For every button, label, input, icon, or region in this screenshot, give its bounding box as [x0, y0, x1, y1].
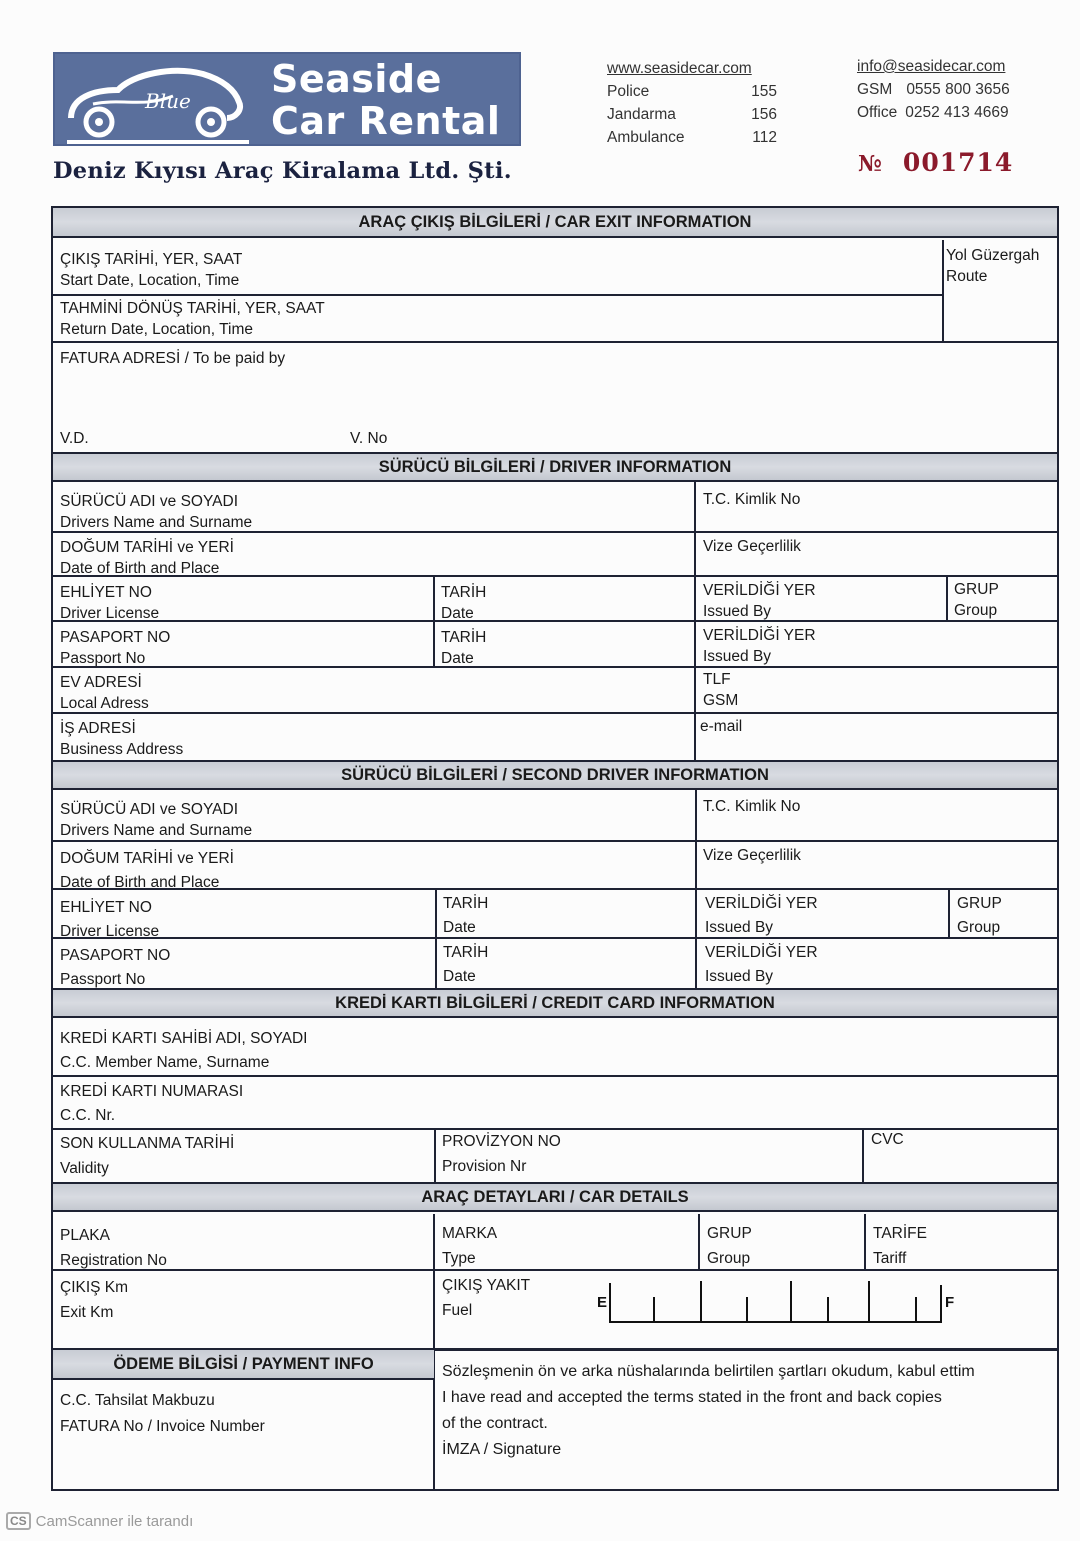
- emergency-number: 112: [752, 126, 777, 149]
- field-label-tr: KREDİ KARTI NUMARASI: [60, 1080, 243, 1104]
- field-label-tr: TARİH: [443, 941, 488, 965]
- driver-home-address-field[interactable]: EV ADRESİ Local Adress: [53, 669, 149, 714]
- car-icon: Blue: [63, 60, 253, 144]
- field-label-en: Tariff: [873, 1246, 927, 1271]
- second-driver-license-issued-field[interactable]: VERİLDİĞİ YER Issued By: [698, 889, 818, 940]
- section-header-second-driver: SÜRÜCÜ BİLGİLERİ / SECOND DRIVER INFORMA…: [53, 760, 1057, 790]
- fuel-tick: [700, 1281, 702, 1323]
- fuel-empty-label: E: [597, 1294, 607, 1311]
- cc-validity-field[interactable]: SON KULLANMA TARİHİ Validity: [53, 1128, 234, 1181]
- car-group-field[interactable]: GRUP Group: [700, 1218, 752, 1271]
- driver-passport-issued-field[interactable]: VERİLDİĞİ YER Issued By: [696, 622, 816, 667]
- field-label-tr: İŞ ADRESİ: [60, 718, 183, 739]
- driver-passport-date-field[interactable]: TARİH Date: [434, 624, 486, 669]
- watermark-text: CamScanner ile tarandı: [36, 1513, 194, 1530]
- emergency-row: Police155: [607, 80, 777, 103]
- phone-label: GSM: [857, 81, 892, 98]
- divider: [53, 575, 1057, 577]
- second-driver-passport-date-field[interactable]: TARİH Date: [436, 938, 488, 989]
- second-driver-tc-field[interactable]: T.C. Kimlik No: [696, 793, 800, 817]
- logo-title: Seaside Car Rental: [271, 58, 500, 142]
- fuel-full-label: F: [945, 1294, 954, 1311]
- camscanner-icon: CS: [6, 1512, 31, 1530]
- field-label: V. No: [350, 428, 387, 449]
- field-label-tr: GRUP: [954, 579, 999, 600]
- divider: [434, 1128, 436, 1182]
- field-label-tr: EHLİYET NO: [60, 896, 159, 920]
- fuel-tick: [653, 1297, 655, 1323]
- field-label: Vize Geçerlilik: [703, 845, 801, 866]
- driver-visa-field[interactable]: Vize Geçerlilik: [696, 533, 801, 557]
- driver-group-field[interactable]: GRUP Group: [947, 576, 999, 621]
- emergency-label: Ambulance: [607, 126, 685, 149]
- fuel-tick: [790, 1281, 792, 1323]
- second-driver-name-field[interactable]: SÜRÜCÜ ADI ve SOYADI Drivers Name and Su…: [53, 796, 252, 841]
- cc-cvc-field[interactable]: CVC: [864, 1126, 904, 1150]
- field-label-tr: TARİH: [443, 892, 488, 916]
- field-label: Vize Geçerlilik: [703, 536, 801, 557]
- field-label-tr: VERİLDİĞİ YER: [703, 580, 816, 601]
- brand-field[interactable]: MARKA Type: [435, 1218, 497, 1271]
- field-label-tr: TARİH: [441, 582, 486, 603]
- company-logo: Blue Seaside Car Rental: [53, 52, 521, 146]
- fuel-tick: [940, 1285, 942, 1323]
- field-label-tr: GRUP: [957, 892, 1002, 916]
- field-label-tr: DOĞUM TARİHİ ve YERİ: [60, 847, 234, 871]
- second-driver-group-field[interactable]: GRUP Group: [950, 889, 1002, 940]
- divider: [435, 888, 437, 988]
- field-label-tr: EV ADRESİ: [60, 672, 149, 693]
- field-label-tr: MARKA: [442, 1221, 497, 1246]
- field-label-tr: PROVİZYON NO: [442, 1129, 561, 1154]
- plate-field[interactable]: PLAKA Registration No: [53, 1220, 167, 1273]
- field-label-tr: TAHMİNİ DÖNÜŞ TARİHİ, YER, SAAT: [60, 298, 943, 319]
- emergency-number: 156: [751, 103, 777, 126]
- svg-text:Blue: Blue: [144, 89, 191, 113]
- driver-tc-field[interactable]: T.C. Kimlik No: [696, 486, 800, 510]
- return-date-field[interactable]: TAHMİNİ DÖNÜŞ TARİHİ, YER, SAAT Return D…: [53, 295, 943, 340]
- start-date-field[interactable]: ÇIKIŞ TARİHİ, YER, SAAT Start Date, Loca…: [53, 246, 943, 291]
- field-label-en: Start Date, Location, Time: [60, 270, 943, 291]
- field-label-en: C.C. Nr.: [60, 1104, 243, 1128]
- second-driver-passport-issued-field[interactable]: VERİLDİĞİ YER Issued By: [698, 938, 818, 989]
- cc-provision-field[interactable]: PROVİZYON NO Provision Nr: [435, 1126, 561, 1179]
- divider: [53, 341, 1057, 343]
- field-label-tr: EHLİYET NO: [60, 582, 159, 603]
- field-label-en: C.C. Member Name, Surname: [60, 1051, 308, 1075]
- field-label-tr: VERİLDİĞİ YER: [705, 892, 818, 916]
- field-label-tr: SÜRÜCÜ ADI ve SOYADI: [60, 491, 252, 512]
- field-label: FATURA ADRESİ / To be paid by: [60, 348, 1053, 369]
- second-driver-passport-field[interactable]: PASAPORT NO Passport No: [53, 941, 170, 992]
- payment-info-field[interactable]: C.C. Tahsilat Makbuzu FATURA No / Invoic…: [53, 1385, 265, 1440]
- field-label-tr: KREDİ KARTI SAHİBİ ADI, SOYADI: [60, 1027, 308, 1051]
- website-link[interactable]: www.seasidecar.com: [607, 57, 777, 80]
- tax-number-field[interactable]: V. No: [343, 425, 387, 449]
- field-label-en: GSM: [703, 690, 738, 711]
- camscanner-watermark: CS CamScanner ile tarandı: [6, 1512, 193, 1530]
- driver-license-issued-field[interactable]: VERİLDİĞİ YER Issued By: [696, 577, 816, 622]
- serial-prefix: №: [858, 151, 883, 177]
- rental-form: ARAÇ ÇIKIŞ BİLGİLERİ / CAR EXIT INFORMAT…: [51, 206, 1059, 1491]
- terms-text-en: of the contract.: [442, 1411, 975, 1437]
- tariff-field[interactable]: TARİFE Tariff: [866, 1218, 927, 1271]
- field-label-en: Issued By: [703, 646, 816, 667]
- fuel-gauge-baseline: [609, 1321, 941, 1323]
- divider: [862, 1128, 864, 1182]
- phone-number: 0252 413 4669: [905, 104, 1008, 121]
- field-label-tr: PASAPORT NO: [60, 944, 170, 968]
- field-label-tr: ÇIKIŞ YAKIT: [442, 1273, 530, 1298]
- driver-birth-field[interactable]: DOĞUM TARİHİ ve YERİ Date of Birth and P…: [53, 534, 234, 579]
- serial-number: №001714: [858, 148, 1013, 177]
- field-label-en: Group: [954, 600, 999, 621]
- terms-text-tr: Sözleşmenin ön ve arka nüshalarında beli…: [442, 1359, 975, 1385]
- second-driver-license-date-field[interactable]: TARİH Date: [436, 889, 488, 940]
- emergency-label: Police: [607, 80, 649, 103]
- phone-row: GSM0555 800 3656: [857, 78, 1010, 101]
- divider: [53, 712, 1057, 714]
- section-header-car-details: ARAÇ DETAYLARI / CAR DETAILS: [53, 1182, 1057, 1212]
- divider: [53, 620, 1057, 622]
- divider: [698, 1214, 700, 1270]
- tax-office-field[interactable]: V.D.: [53, 425, 89, 449]
- field-label: T.C. Kimlik No: [703, 489, 800, 510]
- driver-email-field[interactable]: e-mail: [693, 713, 742, 737]
- divider: [53, 840, 1057, 842]
- field-label-tr: SON KULLANMA TARİHİ: [60, 1131, 234, 1156]
- signature-field[interactable]: İMZA / Signature: [442, 1437, 975, 1463]
- section-header-driver: SÜRÜCÜ BİLGİLERİ / DRIVER INFORMATION: [53, 452, 1057, 482]
- field-label-tr: ÇIKIŞ Km: [60, 1275, 128, 1300]
- field-label-en: Local Adress: [60, 693, 149, 714]
- field-label-en: Issued By: [703, 601, 816, 622]
- field-label-tr: ÇIKIŞ TARİHİ, YER, SAAT: [60, 249, 943, 270]
- terms-acceptance: Sözleşmenin ön ve arka nüshalarında beli…: [435, 1356, 975, 1463]
- section-header-payment: ÖDEME BİLGİSİ / PAYMENT INFO: [53, 1350, 434, 1380]
- fuel-tick: [746, 1297, 748, 1323]
- field-label-tr: Yol Güzergah: [946, 245, 1058, 266]
- driver-work-address-field[interactable]: İŞ ADRESİ Business Address: [53, 715, 183, 760]
- field-label-tr: PLAKA: [60, 1223, 167, 1248]
- field-label-tr: VERİLDİĞİ YER: [703, 625, 816, 646]
- field-label-en: Provision Nr: [442, 1154, 561, 1179]
- field-label-tr: TARİH: [441, 627, 486, 648]
- phone-label: Office: [857, 104, 897, 121]
- fuel-gauge[interactable]: E F: [597, 1278, 957, 1324]
- field-label-en: Date of Birth and Place: [60, 871, 234, 895]
- email-link[interactable]: info@seasidecar.com: [857, 55, 1010, 78]
- logo-line-2: Car Rental: [271, 100, 500, 142]
- emergency-row: Jandarma156: [607, 103, 777, 126]
- emergency-number: 155: [751, 80, 777, 103]
- fuel-tick: [609, 1283, 611, 1323]
- field-label-en: Route: [946, 266, 1058, 287]
- fuel-tick: [827, 1297, 829, 1323]
- rental-form-page: Blue Seaside Car Rental Deniz Kıyısı Ara…: [0, 0, 1080, 1541]
- second-driver-visa-field[interactable]: Vize Geçerlilik: [696, 842, 801, 866]
- cc-number-field[interactable]: KREDİ KARTI NUMARASI C.C. Nr.: [53, 1077, 243, 1128]
- section-header-car-exit: ARAÇ ÇIKIŞ BİLGİLERİ / CAR EXIT INFORMAT…: [53, 208, 1057, 238]
- field-label-en: Return Date, Location, Time: [60, 319, 943, 340]
- field-label-tr: GRUP: [707, 1221, 752, 1246]
- field-label-tr: SÜRÜCÜ ADI ve SOYADI: [60, 799, 252, 820]
- field-label-en: Drivers Name and Surname: [60, 512, 252, 533]
- phone-number: 0555 800 3656: [906, 81, 1009, 98]
- divider: [948, 888, 950, 938]
- billing-address-field[interactable]: FATURA ADRESİ / To be paid by: [53, 345, 1053, 369]
- field-label-tr: DOĞUM TARİHİ ve YERİ: [60, 537, 234, 558]
- field-label-tr: TARİFE: [873, 1221, 927, 1246]
- driver-phone-field[interactable]: TLF GSM: [696, 666, 738, 711]
- field-label: CVC: [871, 1129, 904, 1150]
- phone-row: Office0252 413 4669: [857, 101, 1010, 124]
- field-label-tr: VERİLDİĞİ YER: [705, 941, 818, 965]
- driver-license-field[interactable]: EHLİYET NO Driver License: [53, 579, 159, 624]
- company-name: Deniz Kıyısı Araç Kiralama Ltd. Şti.: [53, 158, 512, 184]
- emergency-row: Ambulance112: [607, 126, 777, 149]
- divider: [53, 1269, 1057, 1271]
- fuel-tick: [915, 1297, 917, 1323]
- driver-name-field[interactable]: SÜRÜCÜ ADI ve SOYADI Drivers Name and Su…: [53, 488, 252, 533]
- divider: [53, 937, 1057, 939]
- field-label-en: Group: [707, 1246, 752, 1271]
- logo-line-1: Seaside: [271, 58, 500, 100]
- divider: [433, 575, 435, 667]
- divider: [695, 790, 697, 988]
- fuel-field[interactable]: ÇIKIŞ YAKIT Fuel: [435, 1270, 530, 1323]
- receipt-label: C.C. Tahsilat Makbuzu: [60, 1388, 265, 1414]
- field-label-tr: TLF: [703, 669, 738, 690]
- divider: [53, 531, 1057, 533]
- cc-holder-field[interactable]: KREDİ KARTI SAHİBİ ADI, SOYADI C.C. Memb…: [53, 1024, 308, 1075]
- serial-value: 001714: [903, 148, 1013, 177]
- terms-text-en: I have read and accepted the terms state…: [442, 1385, 975, 1411]
- field-label: T.C. Kimlik No: [703, 796, 800, 817]
- field-label-en: Business Address: [60, 739, 183, 760]
- divider: [53, 666, 1057, 668]
- field-label-tr: PASAPORT NO: [60, 627, 170, 648]
- divider: [694, 482, 696, 760]
- exit-km-field[interactable]: ÇIKIŞ Km Exit Km: [53, 1272, 128, 1325]
- divider: [946, 575, 948, 621]
- field-label-en: Validity: [60, 1156, 234, 1181]
- company-contacts: info@seasidecar.com GSM0555 800 3656 Off…: [857, 55, 1010, 124]
- field-label-en: Issued By: [705, 965, 818, 989]
- driver-license-date-field[interactable]: TARİH Date: [434, 579, 486, 624]
- divider: [53, 888, 1057, 890]
- route-field[interactable]: Yol Güzergah Route: [943, 242, 1058, 287]
- emergency-contacts: www.seasidecar.com Police155 Jandarma156…: [607, 57, 777, 149]
- field-label-en: Fuel: [442, 1298, 530, 1323]
- section-header-credit-card: KREDİ KARTI BİLGİLERİ / CREDIT CARD INFO…: [53, 988, 1057, 1018]
- emergency-label: Jandarma: [607, 103, 676, 126]
- divider: [864, 1214, 866, 1270]
- field-label: V.D.: [60, 428, 89, 449]
- field-label-en: Exit Km: [60, 1300, 128, 1325]
- fuel-tick: [868, 1281, 870, 1323]
- driver-passport-field[interactable]: PASAPORT NO Passport No: [53, 624, 170, 669]
- field-label-en: Date: [443, 965, 488, 989]
- invoice-label: FATURA No / Invoice Number: [60, 1414, 265, 1440]
- field-label: e-mail: [700, 716, 742, 737]
- field-label-en: Type: [442, 1246, 497, 1271]
- field-label-en: Drivers Name and Surname: [60, 820, 252, 841]
